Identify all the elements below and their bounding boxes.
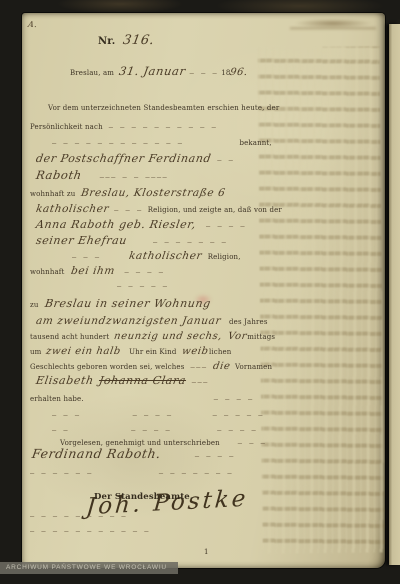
text-line: – – – – – –– – – – – – – — [22, 462, 393, 478]
fill-dashes: – – – – — [195, 452, 235, 460]
fill-dashes: – – – — [72, 253, 101, 261]
handwritten-text-struck: Johanna Clara — [98, 375, 187, 386]
fill-dashes: – – – — [114, 206, 143, 214]
text-line: zuBreslau in seiner Wohnung — [22, 294, 393, 310]
printed-text: um — [30, 348, 41, 356]
printed-text: Geschlechts geboren worden sei, welches — [30, 363, 184, 371]
handwritten-text: katholischer — [128, 251, 203, 262]
printed-text: Religion, und zeigte an, daß von der — [148, 206, 282, 214]
text-line: – – –– – – –– – – – – — [22, 404, 400, 420]
text-line: Raboth——— – – ———— — [22, 166, 399, 182]
handwritten-text: 96. — [230, 68, 249, 78]
fill-dashes: ——— — [190, 363, 207, 371]
handwritten-text: 316. — [122, 34, 155, 47]
fill-dashes: – – – – – – – – – – — [109, 123, 218, 131]
fill-dashes: – – – — [190, 69, 219, 77]
printed-text: Persönlichkeit nach — [30, 123, 103, 131]
text-line: der Postschaffner Ferdinand– – — [22, 149, 399, 165]
text-line: am zweiundzwanzigsten Januardes Jahres — [22, 311, 399, 327]
text-line: – – – – – – – – – – – –bekannt, — [22, 132, 400, 148]
printed-text: erhalten habe. — [30, 395, 84, 403]
fill-dashes: – – – – — [133, 411, 173, 419]
text-line: Der Standesbeamte. — [22, 486, 400, 502]
handwritten-text: Raboth — [35, 170, 83, 182]
printed-text-bold: Der Standesbeamte. — [94, 492, 193, 502]
text-line: Breslau, am31. Januar– – –1896. — [22, 62, 400, 78]
fill-dashes: – – – – – – – — [159, 469, 233, 477]
printed-text: bekannt, — [239, 139, 271, 147]
text-line: tausend acht hundertneunzig und sechs,Vo… — [22, 326, 393, 342]
fill-dashes: – – – – — [214, 395, 254, 403]
fill-dashes: – – – – — [206, 222, 246, 230]
printed-text: Religion, — [208, 253, 241, 261]
printed-text: lichen — [209, 348, 231, 356]
fill-dashes: ——— — [192, 378, 209, 386]
handwritten-text: am zweiundzwanzigsten Januar — [35, 316, 222, 327]
text-line: erhalten habe.– – – – — [22, 388, 393, 404]
printed-text: des Jahres — [229, 318, 268, 326]
fill-dashes: – – – – – — [117, 282, 168, 290]
fill-dashes: – – – – – – — [30, 469, 93, 477]
printed-text: tausend acht hundert — [30, 333, 109, 341]
handwritten-text: seiner Ehefrau — [35, 235, 128, 246]
printed-text: Breslau, am — [70, 69, 114, 77]
text-line: seiner Ehefrau– – – – – – – — [22, 231, 399, 247]
handwritten-text: Anna Raboth geb. Riesler, — [35, 219, 197, 230]
printed-text: Uhr ein Kind — [129, 348, 176, 356]
text-line: – – –katholischerReligion, — [22, 246, 400, 262]
text-line: Anna Raboth geb. Riesler,– – – – — [22, 215, 399, 231]
text-line: Persönlichkeit nach– – – – – – – – – – — [22, 116, 393, 132]
text-line: – – – – – – – – – – – — [22, 520, 393, 536]
document-page: Joh. Postke A.Nr.316.Breslau, am31. Janu… — [22, 13, 385, 568]
fill-dashes: – – – — [52, 411, 81, 419]
handwritten-text: Breslau, Klosterstraße 6 — [81, 188, 227, 199]
printed-text: mittags — [247, 333, 275, 341]
scanned-document-frame: Joh. Postke A.Nr.316.Breslau, am31. Janu… — [0, 0, 400, 584]
handwritten-text: Ferdinand Raboth. — [31, 448, 162, 461]
printed-text: wohnhaft zu — [30, 190, 75, 198]
next-page-edge — [389, 24, 400, 565]
fill-dashes: – – – – – — [213, 411, 264, 419]
text-line: katholischer– – –Religion, und zeigte an… — [22, 199, 399, 215]
fill-dashes: – – — [217, 156, 234, 164]
handwritten-text: der Postschaffner Ferdinand — [35, 153, 212, 164]
fill-dashes: – – – – – – – – – — [30, 512, 127, 520]
archive-watermark: ARCHIWUM PAŃSTWOWE WE WROCŁAWIU — [0, 562, 178, 574]
printed-text: zu — [30, 301, 39, 309]
text-line: Vor dem unterzeichneten Standesbeamten e… — [22, 97, 400, 113]
text-line: A. — [22, 14, 391, 30]
handwritten-text: Elisabeth — [35, 375, 94, 386]
text-line: – – – – – – – – – — [22, 505, 393, 521]
printed-text-bold: Nr. — [98, 36, 115, 47]
handwritten-text: katholischer — [35, 204, 110, 215]
text-line: umzwei ein halbUhr ein Kindweiblichen — [22, 341, 393, 357]
text-line: 1 — [22, 541, 400, 557]
handwritten-text: Breslau in seiner Wohnung — [44, 298, 212, 309]
fill-dashes: – – – – – – – — [153, 238, 227, 246]
fill-dashes: – – – – – – – – – – – – — [52, 139, 183, 147]
handwritten-text: 31. Januar — [118, 66, 186, 78]
fill-dashes: – – – – – – – – – – – — [30, 527, 150, 535]
text-line: – – – – – — [22, 275, 400, 291]
text-line: wohnhaft zuBreslau, Klosterstraße 6 — [22, 183, 393, 199]
text-line: Ferdinand Raboth.– – – – — [22, 445, 395, 461]
fill-dashes: ——— – – ———— — [100, 173, 169, 181]
printed-text: Vornamen — [235, 363, 272, 371]
printed-text: 1 — [204, 548, 209, 556]
handwritten-text: A. — [27, 21, 38, 29]
printed-text: Vor dem unterzeichneten Standesbeamten e… — [48, 104, 279, 112]
text-line: Geschlechts geboren worden sei, welches—… — [22, 356, 393, 372]
text-line: Nr.316. — [22, 31, 400, 47]
text-line: ElisabethJohanna Clara——— — [22, 371, 399, 387]
